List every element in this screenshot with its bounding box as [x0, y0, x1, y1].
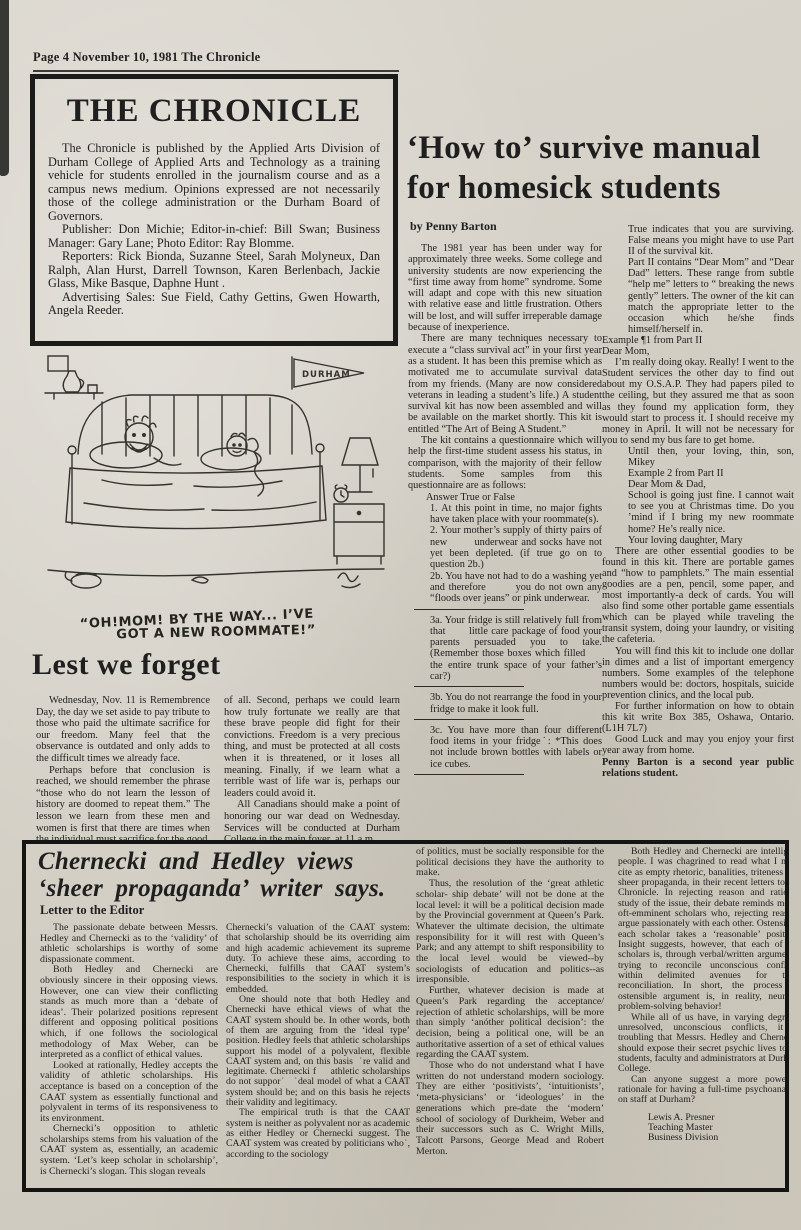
survival-headline: ‘How to’ survive manual for homesick stu… — [407, 128, 797, 208]
paragraph: Looked at rationally, Hedley accepts the… — [40, 1061, 218, 1125]
cartoon-caption: “OH!MOM! BY THE WAY... I’VE GOT A NEW RO… — [79, 603, 390, 646]
page-header: Page 4 November 10, 1981 The Chronicle — [33, 50, 399, 72]
paragraph: 1. At this point in time, no major fight… — [430, 503, 602, 526]
divider-rule — [414, 609, 524, 610]
paragraph: Example ¶1 from Part II — [602, 335, 794, 346]
paragraph: There are many techniques necessary to e… — [408, 333, 602, 435]
paragraph: While all of us have, in varying degrees… — [618, 1013, 789, 1075]
letter-headline: Chernecki and Hedley views ‘sheer propag… — [38, 848, 424, 902]
bedpost-knob-left — [68, 446, 76, 454]
headboard — [78, 395, 312, 454]
drawer-knob — [357, 511, 360, 514]
paragraph: Dear Mom, — [602, 346, 794, 357]
survival-headline-line1: ‘How to’ survive manual — [407, 128, 797, 168]
sock — [192, 577, 208, 583]
letter-subhead: Letter to the Editor — [40, 903, 144, 918]
paragraph: Good Luck and may you enjoy your first y… — [602, 734, 794, 756]
paragraph: Part II contains “Dear Mom” and “Dear Da… — [628, 257, 794, 335]
letter-col4: Both Hedley and Chernecki are intelligen… — [618, 847, 789, 1187]
chamber-pot — [71, 574, 101, 588]
letter-box: Chernecki and Hedley views ‘sheer propag… — [22, 840, 789, 1192]
letter-col3: of politics, must be socially responsibl… — [416, 847, 604, 1187]
dad-head — [125, 423, 153, 451]
paragraph: The Chronicle is published by the Applie… — [48, 142, 380, 223]
divider-rule — [414, 686, 524, 687]
floor-line — [48, 569, 384, 576]
pillow-right — [201, 448, 261, 470]
paragraph: of politics, must be socially responsibl… — [416, 847, 604, 879]
masthead-body: The Chronicle is published by the Applie… — [48, 142, 380, 318]
paragraph: Both Hedley and Chernecki are intelligen… — [618, 847, 789, 1013]
lest-we-forget-col2: of all. Second, perhaps we could learn h… — [224, 695, 400, 842]
letter-headline-line1: Chernecki and Hedley views — [38, 848, 424, 875]
paragraph: One should note that both Hedley and Che… — [226, 995, 410, 1108]
letter-headline-line2: ‘sheer propaganda’ writer says. — [38, 875, 424, 902]
divider-rule — [414, 774, 524, 775]
paragraph: School is going just fine. I cannot wait… — [628, 490, 794, 534]
paragraph: Wednesday, Nov. 11 is Remembrence Day, t… — [36, 695, 210, 765]
paragraph: 2. Your mother’s supply of thirty pairs … — [430, 525, 602, 570]
letter-col2: Chernecki’s valuation of the CAAT system… — [226, 923, 410, 1183]
bedpost-knob-right — [316, 444, 324, 452]
paragraph: Until then, your loving, thin, son, Mike… — [628, 446, 794, 468]
paragraph: Answer True or False — [426, 492, 602, 503]
paragraph: Example 2 from Part II — [628, 468, 794, 479]
lest-we-forget-headline: Lest we forget — [32, 648, 221, 682]
survival-col2: True indicates that you are surviving. F… — [602, 224, 794, 840]
wall-shelf — [45, 393, 103, 399]
paragraph: 3b. You do not rearrange the food in you… — [430, 692, 602, 715]
paragraph: Chernecki’s valuation of the CAAT system… — [226, 923, 410, 995]
paragraph: Business Division — [648, 1133, 789, 1143]
paragraph: 2b. You have not had to do a washing yet… — [430, 571, 602, 605]
cartoon-lines — [45, 356, 384, 588]
kid-eye-left — [233, 444, 235, 446]
paragraph: The passionate debate between Messrs. He… — [40, 923, 218, 965]
paragraph: 3c. You have more than four different fo… — [430, 725, 602, 770]
paragraph: For further information on how to obtain… — [602, 701, 794, 734]
paragraph: Can anyone suggest a more powerful ratio… — [618, 1075, 789, 1106]
artist-signature — [338, 573, 360, 588]
lest-we-forget-col1: Wednesday, Nov. 11 is Remembrence Day, t… — [36, 695, 210, 842]
pennant-label: DURHAM — [302, 370, 351, 380]
paragraph: I’m really doing okay. Really! I went to… — [602, 357, 794, 446]
paragraph: Both Hedley and Chernecki are obviously … — [40, 965, 218, 1060]
survival-headline-line2: for homesick students — [407, 168, 797, 208]
kid-eye-right — [239, 444, 241, 446]
paragraph: There are other essential goodies to be … — [602, 546, 794, 646]
pot-handle — [65, 572, 96, 581]
paragraph: The empirical truth is that the CAAT sys… — [226, 1108, 410, 1159]
paragraph: Further, whatever decision is made at Qu… — [416, 986, 604, 1061]
jug — [63, 371, 83, 392]
phone-cord — [254, 452, 264, 496]
dad-eye-left — [133, 434, 136, 437]
paragraph: Your loving daughter, Mary — [628, 535, 794, 546]
masthead-title: THE CHRONICLE — [48, 93, 380, 130]
divider-rule — [414, 719, 524, 720]
paragraph: of all. Second, perhaps we could learn h… — [224, 695, 400, 799]
paragraph: The kit contains a questionnaire which w… — [408, 435, 602, 491]
newspaper-page: Page 4 November 10, 1981 The Chronicle T… — [0, 0, 801, 1230]
letter-col1: The passionate debate between Messrs. He… — [40, 923, 218, 1183]
dad-eye-right — [143, 434, 146, 437]
paragraph: Those who do not understand what I have … — [416, 1061, 604, 1157]
paragraph: 3a. Your fridge is still relatively full… — [430, 615, 602, 683]
paragraph: True indicates that you are surviving. F… — [628, 224, 794, 257]
blanket-folds — [84, 480, 316, 510]
editorial-cartoon: DURHAM — [42, 352, 390, 608]
masthead-box: THE CHRONICLE The Chronicle is published… — [30, 74, 398, 346]
paragraph: Advertising Sales: Sue Field, Cathy Gett… — [48, 291, 380, 318]
paragraph: Dear Mom & Dad, — [628, 479, 794, 490]
survival-byline: by Penny Barton — [410, 219, 497, 234]
bedposts — [72, 452, 320, 524]
clock-hands — [335, 485, 347, 497]
paragraph: Publisher: Don Michie; Editor-in-chief: … — [48, 223, 380, 250]
kid-smile — [233, 451, 241, 453]
scan-edge-smudge — [0, 0, 9, 176]
paragraph: All Canadians should make a point of hon… — [224, 799, 400, 842]
paragraph: Perhaps before that conclusion is reache… — [36, 765, 210, 842]
blanket — [66, 466, 326, 529]
survival-col1: The 1981 year has been under way for app… — [408, 243, 602, 841]
paragraph: The 1981 year has been under way for app… — [408, 243, 602, 333]
lamp-icon — [342, 438, 378, 492]
paragraph: Thus, the resolution of the ‘great athle… — [416, 879, 604, 986]
paragraph: Penny Barton is a second year public rel… — [602, 757, 794, 779]
phone-handset — [248, 438, 258, 451]
paragraph: You will find this kit to include one do… — [602, 646, 794, 701]
picture-frame — [48, 356, 68, 371]
paragraph: Reporters: Rick Bionda, Suzanne Steel, S… — [48, 250, 380, 291]
paragraph: Chernecki’s opposition to athletic schol… — [40, 1124, 218, 1177]
cup — [88, 385, 97, 393]
